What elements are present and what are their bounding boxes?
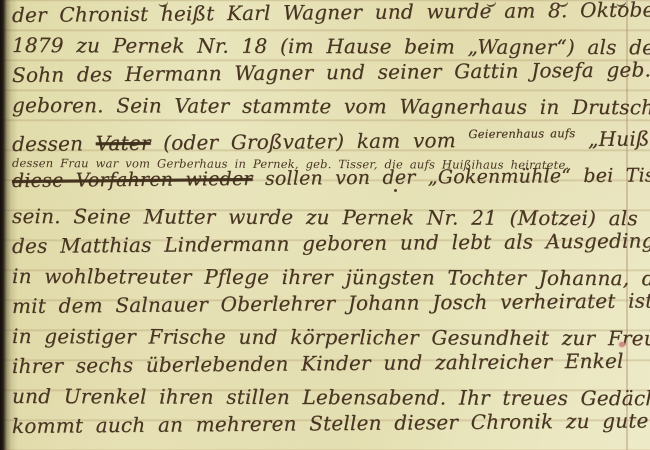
text-segment: des Matthias Lindermann geboren und lebt… <box>12 228 650 258</box>
text-segment: mit dem Salnauer Oberlehrer Johann Josch… <box>12 288 650 318</box>
text-segment: kommt auch an mehreren Stellen dieser Ch… <box>12 408 650 438</box>
text-segment: dessen <box>12 131 96 156</box>
text-segment: sollen von der „Gokenmühle“ bei Tisch <box>253 164 650 190</box>
superscript-insertion: Geierenhaus aufs <box>468 126 575 141</box>
text-segment: ihrer sechs überlebenden Kinder und zahl… <box>12 349 624 378</box>
handwriting-line: mit dem Salnauer Oberlehrer Johann Josch… <box>12 287 632 322</box>
handwriting-line: Sohn des Hermann Wagner und seiner Gatti… <box>12 56 632 91</box>
handwriting-line: des Matthias Lindermann geboren und lebt… <box>12 227 632 262</box>
text-segment: (oder Großvater) kam vom <box>151 128 469 155</box>
handwriting-line: der Chronist heißt Karl Wagner und wurde… <box>12 0 632 31</box>
chronicle-page-scan: der Chronist heißt Karl Wagner und wurde… <box>0 0 650 450</box>
ink-speck <box>394 189 397 192</box>
struck-text-segment: diese Vorfahren wieder <box>12 168 253 192</box>
handwriting-line: dessen Vater (oder Großvater) kam vom Ge… <box>12 116 632 157</box>
struck-text-segment: Vater <box>96 131 151 155</box>
pink-paper-speck <box>619 342 625 347</box>
handwriting-line: diese Vorfahren wieder sollen von der „G… <box>12 167 632 195</box>
text-segment: „Huißihaus“ in Ogfolderhaid herab <box>575 124 650 151</box>
handwriting-line: kommt auch an mehreren Stellen dieser Ch… <box>12 407 632 442</box>
text-segment: Sohn des Hermann Wagner und seiner Gatti… <box>12 56 650 87</box>
handwriting-block: der Chronist heißt Karl Wagner und wurde… <box>12 1 632 442</box>
handwriting-line: ihrer sechs überlebenden Kinder und zahl… <box>12 347 632 382</box>
text-segment: der Chronist heißt Karl Wagner und wurde… <box>12 0 650 27</box>
